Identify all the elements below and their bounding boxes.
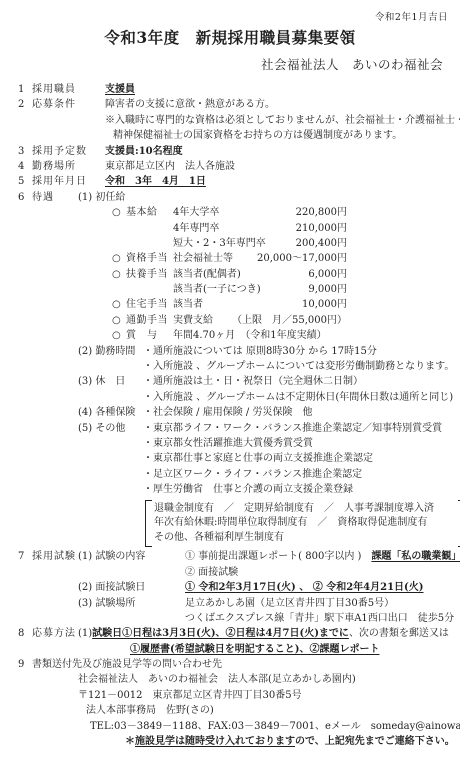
item-recruit-position: 1 採用職員 支援員 [0, 82, 460, 97]
exam-date-line: (2) 面接試験日 ① 令和2年3月17日(火) 、 ② 令和2年4月21日(火… [0, 580, 460, 595]
item-hire-date: 5 採用年月日 令和 3年 4月 1日 [0, 174, 460, 189]
salary-row: ○ 扶養手当 該当者(配偶者) 6,000円 [112, 267, 460, 282]
benefit-lines: ・社会保険 / 雇用保険 / 労災保険 他 [143, 405, 312, 420]
item-number: 6 [18, 190, 32, 205]
benefit-label: (5) その他 [78, 421, 143, 436]
contact-org: 社会福祉法人 あいのわ福祉会 法人本部(足立あかしあ園内) [78, 672, 356, 687]
apply-sub-number: (1) [78, 626, 92, 641]
contact-person: 法人本部事務局 佐野(さの) [86, 703, 214, 718]
allowance-name: 住宅手当 [126, 297, 173, 312]
salary-row: ○ 通勤手当 実費支給 （上限 月／55,000円） [112, 313, 460, 328]
item-requirements: 2 応募条件 障害者の支援に意欲・熱意がある方。 [0, 97, 460, 112]
circle-mark: ○ [112, 251, 126, 266]
item-label: 勤務場所 [32, 159, 105, 174]
exam-report-theme: 課題「私の職業観」 [371, 549, 460, 564]
allowance-name: 通勤手当 [126, 313, 173, 328]
exam-content-label: (1) 試験の内容 [78, 549, 185, 564]
allowance-desc: 該当者 [173, 297, 252, 312]
item-label: 応募条件 [32, 97, 105, 112]
salary-row: ○ 基本給 4年大学卒 220,800円 [112, 205, 460, 220]
circle-mark: ○ [112, 267, 126, 282]
item-value: 令和 3年 4月 1日 [105, 174, 206, 189]
item-value: 東京都足立区内 法人各施設 [105, 159, 235, 174]
circle-mark: ○ [112, 313, 126, 328]
item-number: 2 [18, 97, 32, 112]
circle-mark [112, 282, 126, 297]
item-label: 採用試験 [32, 549, 78, 564]
apply-documents-line: ①履歴書(希望試験日を明記すること)、②課題レポート [0, 642, 460, 657]
item-apply-method: 8 応募方法 (1) 試験日①日程は3月3日(火)、②日程は4月7日(火)までに… [0, 626, 460, 641]
welfare-line: 退職金制度有 ／ 定期昇給制度有 ／ 人事考課制度導入済 [154, 502, 456, 517]
item-exam: 7 採用試験 (1) 試験の内容 ① 事前提出課題レポート( 800字以内 ) … [0, 549, 460, 564]
benefit-line: ・足立区ワーク・ライフ・バランス推進企業認定 [143, 467, 442, 482]
allowance-desc: 4年大学卒 [173, 205, 252, 220]
item-requirements-note: 精神保健福祉士の国家資格をお持ちの方は優遇制度があります。 [0, 128, 460, 143]
benefit-line: ・東京都仕事と家庭と仕事の両立支援推進企業認定 [143, 451, 442, 466]
circle-mark: ○ [112, 328, 126, 343]
benefit-row-holidays: (3) 休 日 ・通所施設は土・日・祝祭日（完全週休二日制） ・入所施設 、グル… [0, 374, 460, 405]
issue-date: 令和2年1月吉日 [0, 0, 460, 23]
item-number: 7 [18, 549, 32, 564]
circle-mark [112, 236, 126, 251]
circle-mark [112, 221, 126, 236]
allowance-desc: 短大・2・3年専門卒 [173, 236, 252, 251]
asterisk-mark: ＊ [125, 734, 135, 749]
welfare-bracket-block: 退職金制度有 ／ 定期昇給制度有 ／ 人事考課制度導入済 年次有給休暇:時間単位… [145, 500, 460, 548]
note-line: 精神保健福祉士の国家資格をお持ちの方は優遇制度があります。 [113, 128, 402, 143]
exam-access: つくばエクスプレス線「青井」駅下車A1西口出口 徒歩5分 [185, 611, 454, 626]
allowance-name [126, 236, 173, 251]
item-value: 支援員:10名程度 [105, 144, 183, 159]
item-number: 4 [18, 159, 32, 174]
allowance-name: 基本給 [126, 205, 173, 220]
exam-dates: ① 令和2年3月17日(火) 、 ② 令和2年4月21日(火) [185, 580, 424, 595]
benefit-row-other: (5) その他 ・東京都ライフ・ワーク・バランス推進企業認定／知事特別賞受賞 ・… [0, 421, 460, 498]
contact-org-line: 社会福祉法人 あいのわ福祉会 法人本部(足立あかしあ園内) [0, 672, 460, 687]
item-number: 3 [18, 144, 32, 159]
item-label: 採用職員 [32, 82, 105, 97]
allowance-amount: 6,000円 [252, 267, 347, 282]
item-label: 書類送付先及び施設見学等の問い合わせ先 [32, 657, 222, 672]
benefit-lines: ・通所施設については 原則8時30分 から 17時15分 ・入所施設 、グループ… [143, 344, 454, 375]
item-label: 採用年月日 [32, 174, 105, 189]
item-requirements-note: ※入職時に専門的な資格は必須としておりませんが、社会福祉士・介護福祉士・ [0, 113, 460, 128]
organization-name: 社会福祉法人 あいのわ福祉会 [0, 55, 460, 73]
item-label: 応募方法 [32, 626, 78, 641]
salary-row: ○ 資格手当 社会福祉士等 20,000～17,000円 [112, 251, 460, 266]
salary-row: ○ 賞 与 年間4.70ヶ月 （令和1年度実績） [112, 328, 460, 343]
footer-rest: ので、上記宛先までご連絡下さい。 [295, 734, 455, 749]
page-title: 令和3年度 新規採用職員募集要領 [0, 26, 460, 48]
benefit-line: ・入所施設 、グループホームについては変形労働制勤務となります。 [143, 359, 454, 374]
allowance-amount: 210,000円 [252, 221, 347, 236]
footer-note: ＊ 施設見学は随時受け入れております ので、上記宛先までご連絡下さい。 [0, 734, 460, 749]
benefit-line: ・厚生労働省 仕事と介護の両立支援企業登録 [143, 482, 442, 497]
allowance-desc: 4年専門卒 [173, 221, 252, 236]
benefit-line: ・通所施設については 原則8時30分 から 17時15分 [143, 344, 454, 359]
salary-row: 該当者(一子につき) 9,000円 [112, 282, 460, 297]
allowance-name: 扶養手当 [126, 267, 173, 282]
benefit-lines: ・東京都ライフ・ワーク・バランス推進企業認定／知事特別賞受賞 ・東京都女性活躍推… [143, 421, 442, 498]
salary-row: 短大・2・3年専門卒 200,400円 [112, 236, 460, 251]
exam-place-label: (3) 試験場所 [78, 596, 185, 611]
allowance-name: 資格手当 [126, 251, 173, 266]
sub-label-starting-salary: (1) 初任給 [78, 190, 125, 205]
benefit-line: ・通所施設は土・日・祝祭日（完全週休二日制） [143, 374, 453, 389]
exam-interview-text: ② 面接試験 [185, 565, 238, 580]
contact-tel-line: TEL:03－3849－1188、FAX:03－3849－7001、eメール s… [0, 719, 460, 734]
allowance-desc: 該当者(一子につき) [173, 282, 252, 297]
notice-body: 1 採用職員 支援員 2 応募条件 障害者の支援に意欲・熱意がある方。 ※入職時… [0, 82, 460, 749]
exam-date-label: (2) 面接試験日 [78, 580, 185, 595]
note-line: ※入職時に専門的な資格は必須としておりませんが、社会福祉士・介護福祉士・ [105, 113, 460, 128]
allowance-name [126, 282, 173, 297]
benefit-line: ・東京都ライフ・ワーク・バランス推進企業認定／知事特別賞受賞 [143, 421, 442, 436]
exam-place-line: (3) 試験場所 足立あかしあ園（足立区青井四丁目30番5号） [0, 596, 460, 611]
contact-address: 〒121－0012 東京都足立区青井四丁目30番5号 [78, 688, 302, 703]
contact-person-line: 法人本部事務局 佐野(さの) [0, 703, 460, 718]
contact-address-line: 〒121－0012 東京都足立区青井四丁目30番5号 [0, 688, 460, 703]
circle-mark: ○ [112, 205, 126, 220]
item-value: 障害者の支援に意欲・熱意がある方。 [105, 97, 275, 112]
item-label: 待遇 [32, 190, 78, 205]
benefit-line: ・社会保険 / 雇用保険 / 労災保険 他 [143, 405, 312, 420]
benefit-label: (3) 休 日 [78, 374, 143, 389]
item-planned-hires: 3 採用予定数 支援員:10名程度 [0, 144, 460, 159]
apply-documents: ①履歴書(希望試験日を明記すること)、②課題レポート [130, 642, 379, 657]
benefit-lines: ・通所施設は土・日・祝祭日（完全週休二日制） ・入所施設 、グループホームは不定… [143, 374, 453, 405]
benefit-label: (4) 各種保険 [78, 405, 143, 420]
item-number: 8 [18, 626, 32, 641]
item-compensation: 6 待遇 (1) 初任給 [0, 190, 460, 205]
allowance-amount: 20,000～17,000円 [252, 251, 347, 266]
allowance-amount: 220,800円 [252, 205, 347, 220]
recruitment-notice-page: 令和2年1月吉日 令和3年度 新規採用職員募集要領 社会福祉法人 あいのわ福祉会… [0, 0, 460, 760]
exam-interview-line: ② 面接試験 [0, 565, 460, 580]
salary-row: ○ 住宅手当 該当者 10,000円 [112, 297, 460, 312]
allowance-amount: 9,000円 [252, 282, 347, 297]
allowance-amount: 200,400円 [252, 236, 347, 251]
allowance-desc: 社会福祉士等 [173, 251, 252, 266]
allowance-name: 賞 与 [126, 328, 173, 343]
exam-place: 足立あかしあ園（足立区青井四丁目30番5号） [185, 596, 394, 611]
allowance-name [126, 221, 173, 236]
item-work-location: 4 勤務場所 東京都足立区内 法人各施設 [0, 159, 460, 174]
item-number: 5 [18, 174, 32, 189]
item-value: 支援員 [105, 82, 135, 97]
exam-report-text: ① 事前提出課題レポート( 800字以内 ) [185, 549, 371, 564]
allowance-desc: 年間4.70ヶ月 （令和1年度実績） [173, 328, 252, 343]
benefit-row-insurance: (4) 各種保険 ・社会保険 / 雇用保険 / 労災保険 他 [0, 405, 460, 420]
item-number: 9 [18, 657, 32, 672]
item-label: 採用予定数 [32, 144, 105, 159]
allowance-desc: 該当者(配偶者) [173, 267, 252, 282]
allowance-amount [252, 328, 347, 343]
apply-tail-text: 、次の書類を郵送又は [349, 626, 449, 641]
footer-emphasis: 施設見学は随時受け入れております [135, 734, 295, 749]
allowance-amount: 10,000円 [252, 297, 347, 312]
circle-mark: ○ [112, 297, 126, 312]
welfare-line: その他、各種福利厚生制度有 [154, 531, 456, 546]
salary-row: 4年専門卒 210,000円 [112, 221, 460, 236]
exam-access-line: つくばエクスプレス線「青井」駅下車A1西口出口 徒歩5分 [0, 611, 460, 626]
benefit-label: (2) 勤務時間 [78, 344, 143, 359]
item-number: 1 [18, 82, 32, 97]
contact-tel-fax-email: TEL:03－3849－1188、FAX:03－3849－7001、eメール s… [90, 719, 460, 734]
welfare-line: 年次有給休暇:時間単位取得制度有 ／ 資格取得促進制度有 [154, 516, 456, 531]
item-contact: 9 書類送付先及び施設見学等の問い合わせ先 [0, 657, 460, 672]
benefit-row-working-hours: (2) 勤務時間 ・通所施設については 原則8時30分 から 17時15分 ・入… [0, 344, 460, 375]
allowance-amount: （上限 月／55,000円） [252, 313, 347, 328]
benefit-line: ・東京都女性活躍推進大賞優秀賞受賞 [143, 436, 442, 451]
benefit-line: ・入所施設 、グループホームは不定期休日(年間休日数は通所と同じ) [143, 390, 453, 405]
apply-deadline: 試験日①日程は3月3日(火)、②日程は4月7日(火)までに [92, 626, 349, 641]
